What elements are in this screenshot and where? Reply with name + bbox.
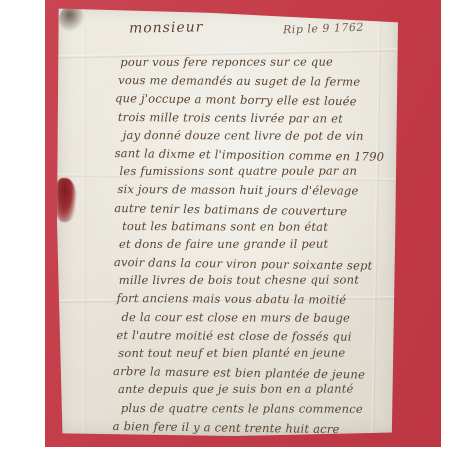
manuscript-line: tout les batimans sont en bon état: [122, 217, 402, 236]
red-mat-background: monsieur Rip le 9 1762 pour vous fere re…: [45, 0, 441, 447]
fold-crease-vertical: [83, 6, 86, 436]
manuscript-line: pour vous fere reponces sur ce que: [120, 53, 400, 72]
manuscript-line: plus de quatre cents le plans commence: [121, 399, 401, 418]
auction-photo: monsieur Rip le 9 1762 pour vous fere re…: [0, 0, 450, 450]
manuscript-line: mille livres de bois tout chesne qui son…: [119, 271, 399, 290]
manuscript-line: a bien fere il y a cent trente huit acre: [113, 417, 393, 439]
dateline: Rip le 9 1762: [283, 21, 364, 37]
manuscript-line: les fumissions sont quatre poule par an: [119, 162, 399, 181]
ink-smudge-stain: [59, 6, 85, 32]
manuscript-body: pour vous fere reponces sur ce que vous …: [116, 53, 399, 437]
manuscript-line: trois mille trois cents livrée par an et: [118, 108, 398, 128]
manuscript-line: et dons de faire une grande il peut: [119, 234, 399, 253]
manuscript-line: six jours de masson huit jours d'élevage: [117, 180, 397, 200]
salutation: monsieur: [129, 19, 204, 36]
letter-paper: monsieur Rip le 9 1762 pour vous fere re…: [57, 6, 398, 436]
manuscript-line: vous me demandés au suget de la ferme: [118, 71, 398, 91]
manuscript-line: jay donné douze cent livre de pot de vin: [123, 126, 403, 145]
wax-seal-remnant-icon: [55, 178, 77, 222]
manuscript-line: fort anciens mais vous abatu la moitié: [117, 289, 397, 309]
manuscript-line: de la cour est close en murs de bauge: [121, 308, 401, 327]
manuscript-line: sont tout neuf et bien planté en jeune: [118, 344, 398, 363]
manuscript-line: ante depuis que je suis bon en a planté: [118, 380, 398, 399]
